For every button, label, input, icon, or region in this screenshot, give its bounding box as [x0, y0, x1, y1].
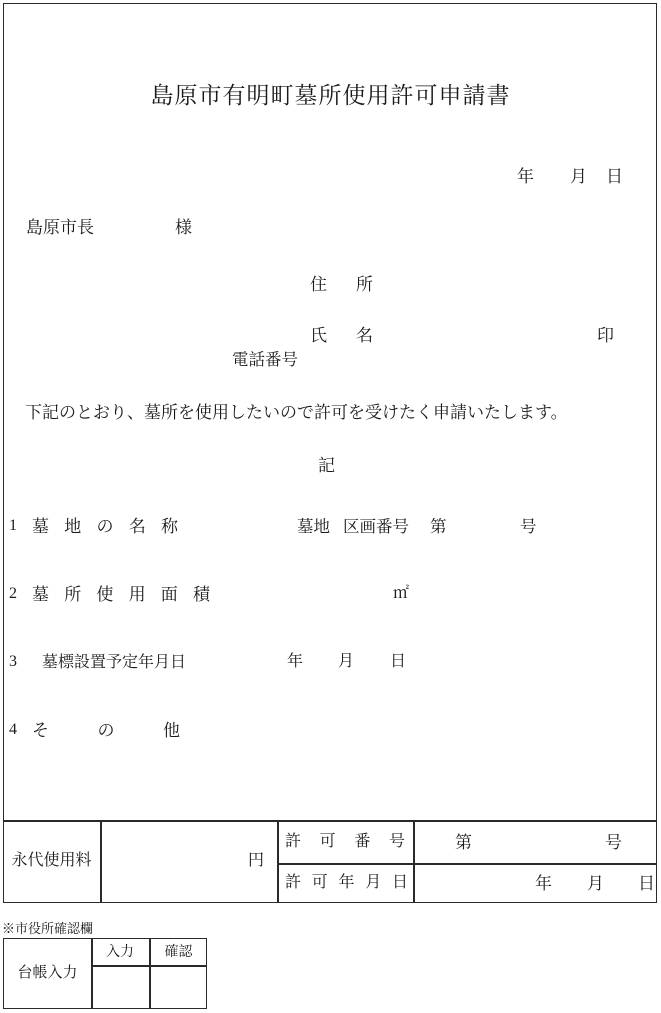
fee-table-vertical-line — [413, 820, 415, 903]
address-label-char-2: 所 — [356, 276, 373, 293]
permit-number-prefix: 第 — [455, 834, 472, 851]
date-day-label: 日 — [606, 168, 623, 185]
permit-date-year-label: 年 — [535, 875, 552, 892]
item-1-number: 1 — [9, 518, 17, 534]
permit-date-month-label: 月 — [587, 875, 604, 892]
permit-number-label: 許 可 番 号 — [285, 834, 405, 850]
item-3-label: 墓標設置予定年月日 — [42, 655, 186, 671]
name-label-char-2: 名 — [356, 327, 373, 344]
permit-date-label-char: 可 — [312, 875, 328, 891]
item-1-value-cemetery: 墓地 — [297, 519, 330, 536]
item-1-value-section-label: 区画番号 — [343, 519, 409, 536]
permit-number-label-char: 号 — [389, 834, 405, 850]
permit-date-label-char: 年 — [338, 875, 354, 891]
item-4-number: 4 — [9, 722, 17, 738]
permit-date-label-char: 許 — [285, 875, 301, 891]
permit-date-label: 許 可 年 月 日 — [285, 875, 408, 891]
permit-date-label-char: 日 — [392, 875, 408, 891]
item-1-label-char: 名 — [129, 518, 146, 535]
ledger-column-confirm: 確認 — [149, 946, 208, 960]
fee-table-vertical-line — [277, 820, 279, 903]
permit-number-suffix: 号 — [605, 834, 622, 851]
item-1-label-char: 墓 — [32, 518, 49, 535]
item-1-label-char: 地 — [64, 518, 81, 535]
application-form-page: 島原市有明町墓所使用許可申請書 年 月 日 島原市長 様 住 所 氏 名 印 電… — [0, 0, 661, 1013]
item-2-label-char: 所 — [64, 586, 81, 603]
item-4-label-char: の — [98, 722, 115, 739]
item-3-month-label: 月 — [338, 654, 354, 670]
item-2-label-char: 用 — [129, 586, 146, 603]
list-heading: 記 — [0, 457, 653, 474]
item-1-value-number-suffix: 号 — [520, 519, 537, 536]
item-4-label: そ の 他 — [32, 722, 180, 739]
addressee-name: 島原市長 — [26, 219, 94, 236]
application-statement: 下記のとおり、墓所を使用したいので許可を受けたく申請いたします。 — [25, 404, 568, 421]
addressee-honorific: 様 — [175, 219, 192, 236]
permit-date-label-char: 月 — [365, 875, 381, 891]
phone-number-label: 電話番号 — [232, 352, 298, 369]
perpetual-use-fee-label: 永代使用料 — [3, 853, 100, 869]
item-3-year-label: 年 — [287, 654, 303, 670]
ledger-entry-table: 台帳入力 入力 確認 — [3, 938, 207, 1009]
seal-mark: 印 — [597, 327, 614, 344]
item-2-label-char: 積 — [193, 586, 210, 603]
item-1-label-char: 称 — [161, 518, 178, 535]
item-2-label-char: 墓 — [32, 586, 49, 603]
item-1-label-char: の — [97, 518, 114, 535]
item-3-day-label: 日 — [390, 654, 406, 670]
item-3-number: 3 — [9, 654, 17, 670]
address-label-char-1: 住 — [310, 276, 327, 293]
date-year-label: 年 — [517, 168, 534, 185]
item-4-label-char: そ — [32, 722, 49, 739]
permit-number-label-char: 許 — [285, 834, 301, 850]
item-1-value-number-prefix: 第 — [430, 519, 447, 536]
name-label-char-1: 氏 — [310, 327, 327, 344]
page-title: 島原市有明町墓所使用許可申請書 — [0, 84, 661, 107]
item-4-label-char: 他 — [163, 722, 180, 739]
item-2-label-char: 面 — [161, 586, 178, 603]
item-2-label: 墓 所 使 用 面 積 — [32, 586, 210, 603]
fee-table-row-divider — [277, 863, 657, 865]
ledger-column-input: 入力 — [91, 946, 149, 960]
permit-number-label-char: 番 — [354, 834, 370, 850]
item-2-label-char: 使 — [96, 586, 113, 603]
permit-date-day-label: 日 — [638, 875, 655, 892]
ledger-input-empty-cell — [92, 967, 149, 1008]
fee-yen-unit-label: 円 — [100, 853, 264, 869]
ledger-row-label: 台帳入力 — [4, 966, 91, 981]
date-month-label: 月 — [570, 168, 587, 185]
office-check-section-heading: ※市役所確認欄 — [2, 922, 93, 935]
item-2-area-unit: ㎡ — [393, 586, 409, 602]
page-border-frame — [3, 3, 657, 903]
item-2-number: 2 — [9, 586, 17, 602]
item-1-label: 墓 地 の 名 称 — [32, 518, 178, 535]
permit-number-label-char: 可 — [320, 834, 336, 850]
ledger-confirm-empty-cell — [150, 967, 208, 1008]
